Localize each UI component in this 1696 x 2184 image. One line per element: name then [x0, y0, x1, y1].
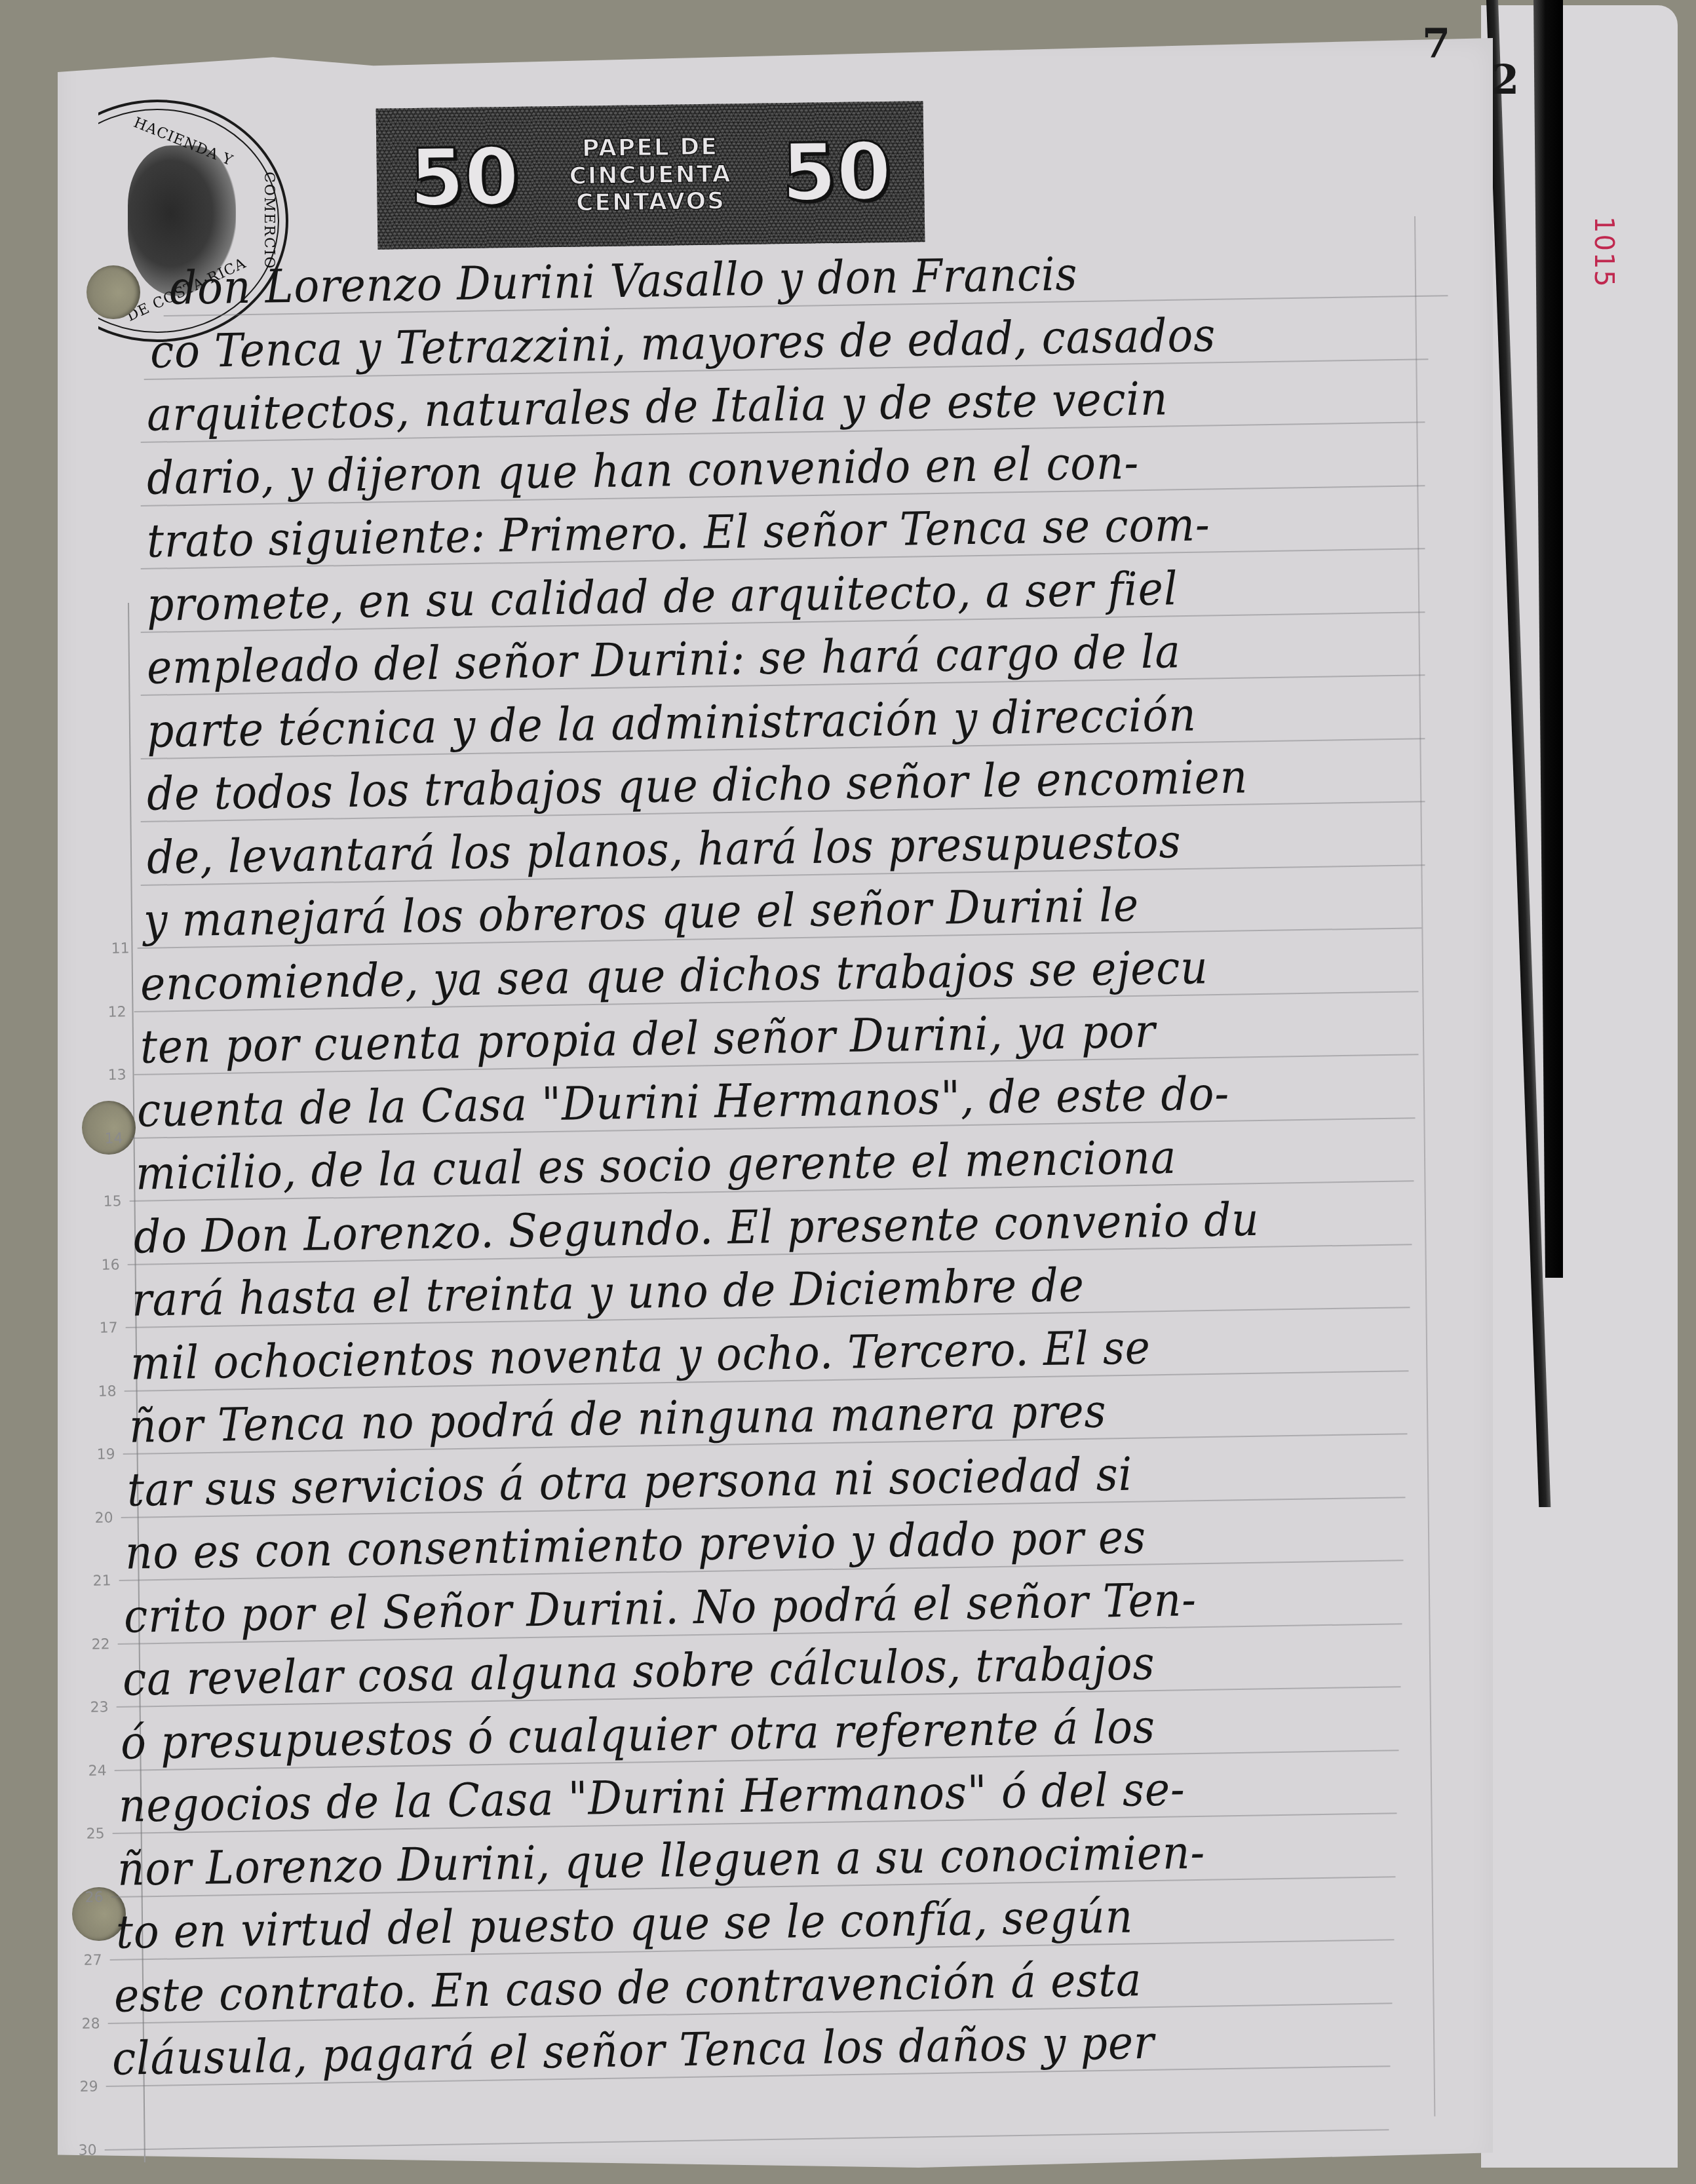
stamp-legend-line3: CENTAVOS	[576, 188, 726, 218]
line-number: 18	[98, 1383, 117, 1400]
line-number: 15	[104, 1193, 122, 1210]
line-number: 27	[84, 1952, 102, 1968]
archive-number: 1015	[1589, 216, 1619, 288]
line-number: 21	[93, 1573, 111, 1589]
line-number: 28	[82, 2016, 100, 2032]
seal-text-right: COMERCIO	[261, 172, 277, 270]
line-number: 22	[92, 1636, 110, 1653]
line-number: 30	[79, 2142, 97, 2158]
back-sheet-folio-number: 2	[1491, 56, 1519, 104]
revenue-stamp: 50 PAPEL DE CINCUENTA CENTAVOS 50	[376, 101, 925, 250]
line-number: 25	[87, 1826, 105, 1842]
line-number: 20	[95, 1510, 113, 1526]
back-sheet	[1481, 5, 1678, 2168]
line-number: 16	[102, 1257, 120, 1273]
line-number: 14	[105, 1130, 123, 1147]
line-number: 26	[85, 1889, 104, 1906]
line-number: 24	[88, 1763, 107, 1779]
line-number: 19	[97, 1446, 115, 1463]
stamp-value-left: 50	[409, 138, 520, 218]
folio-number: 7	[1422, 20, 1450, 67]
line-number: 29	[80, 2079, 98, 2095]
stamp-legend-line2: CINCUENTA	[569, 161, 732, 190]
line-number: 11	[111, 940, 130, 957]
line-number: 13	[108, 1067, 126, 1083]
stamp-legend: PAPEL DE CINCUENTA CENTAVOS	[569, 134, 733, 218]
line-number: 23	[90, 1699, 109, 1715]
stamp-value-right: 50	[781, 132, 892, 212]
stamp-legend-line1: PAPEL DE	[582, 134, 718, 163]
line-number: 12	[108, 1004, 126, 1020]
punch-hole-top	[87, 265, 140, 319]
line-number: 17	[100, 1320, 118, 1336]
